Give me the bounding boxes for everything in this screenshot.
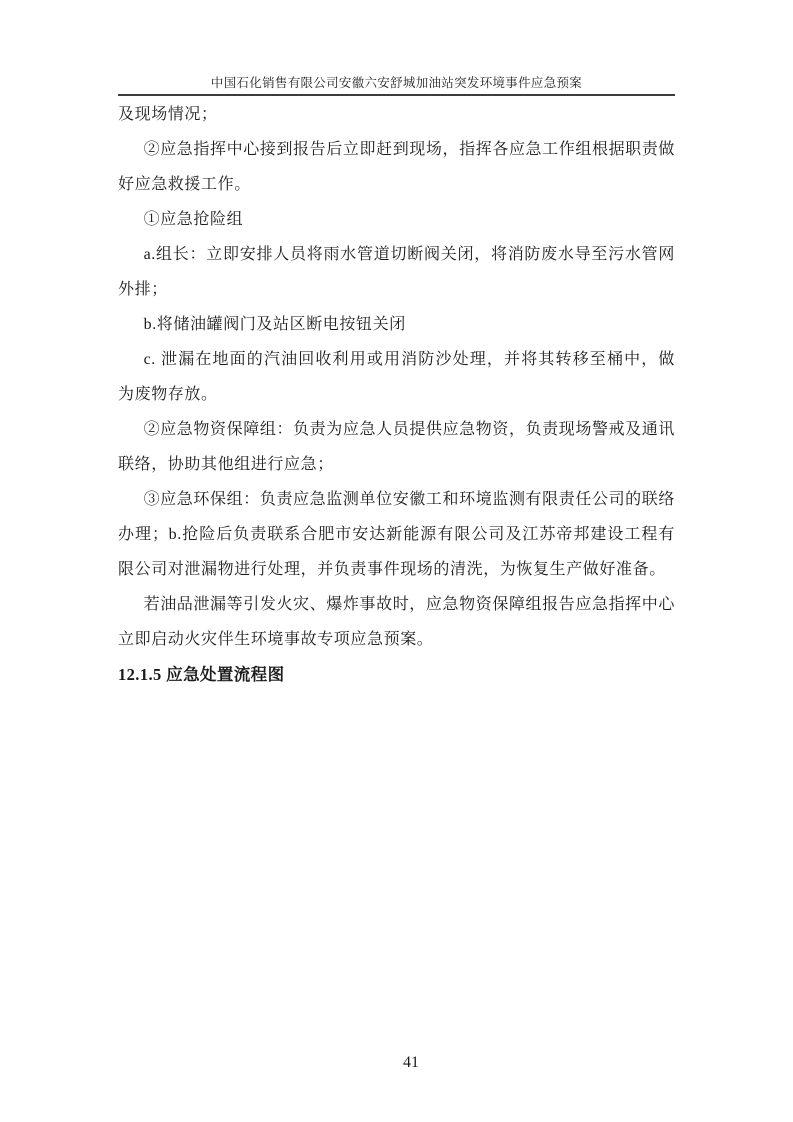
body-paragraph: ③应急环保组：负责应急监测单位安徽工和环境监测有限责任公司的联络办理；b.抢险后… bbox=[118, 482, 675, 587]
document-body: 及现场情况； ②应急指挥中心接到报告后立即赶到现场，指挥各应急工作组根据职责做好… bbox=[118, 97, 675, 692]
section-heading: 12.1.5 应急处置流程图 bbox=[118, 657, 675, 692]
page-header: 中国石化销售有限公司安徽六安舒城加油站突发环境事件应急预案 bbox=[118, 76, 675, 96]
page-number: 41 bbox=[403, 1054, 419, 1071]
page-header-title: 中国石化销售有限公司安徽六安舒城加油站突发环境事件应急预案 bbox=[211, 76, 582, 90]
body-paragraph: a.组长：立即安排人员将雨水管道切断阀关闭，将消防废水导至污水管网外排； bbox=[118, 237, 675, 307]
page-footer: 41 bbox=[118, 1051, 704, 1075]
body-paragraph: 及现场情况； bbox=[118, 97, 675, 132]
body-paragraph: 若油品泄漏等引发火灾、爆炸事故时，应急物资保障组报告应急指挥中心立即启动火灾伴生… bbox=[118, 587, 675, 657]
body-paragraph: ②应急指挥中心接到报告后立即赶到现场，指挥各应急工作组根据职责做好应急救援工作。 bbox=[118, 132, 675, 202]
body-paragraph: ②应急物资保障组：负责为应急人员提供应急物资，负责现场警戒及通讯联络，协助其他组… bbox=[118, 412, 675, 482]
body-paragraph: c. 泄漏在地面的汽油回收利用或用消防沙处理，并将其转移至桶中，做为废物存放。 bbox=[118, 342, 675, 412]
document-page: 中国石化销售有限公司安徽六安舒城加油站突发环境事件应急预案 及现场情况； ②应急… bbox=[0, 0, 793, 1122]
body-paragraph: b.将储油罐阀门及站区断电按钮关闭 bbox=[118, 307, 675, 342]
body-paragraph: ①应急抢险组 bbox=[118, 202, 675, 237]
